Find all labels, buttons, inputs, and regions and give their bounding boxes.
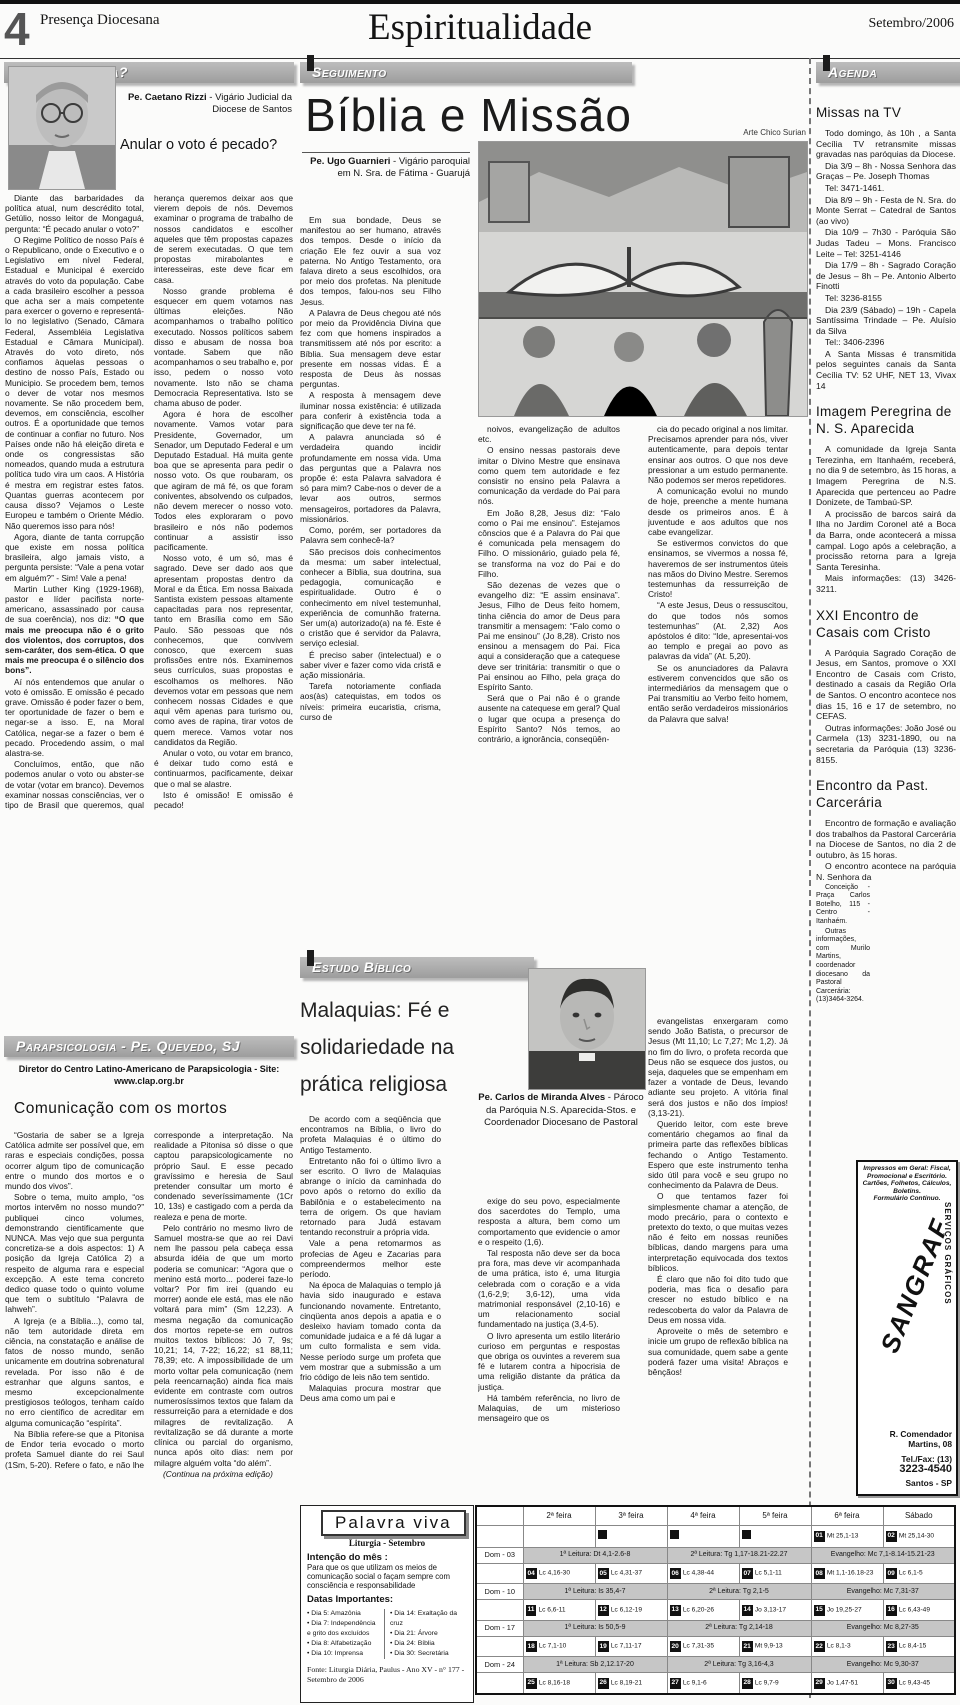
datas-lists: Dia 5: AmazôniaDia 7: Independência e gr… — [307, 1609, 467, 1659]
agenda-item-title: Missas na TV — [816, 104, 956, 121]
day-reading-cell: 20Lc 7,31-35 — [667, 1636, 739, 1656]
paragraph: Martin Luther King (1929-1968), pastor e… — [5, 584, 144, 676]
row-label-empty — [476, 1526, 523, 1548]
paragraph: Em sua bondade, Deus se manifestou ao se… — [300, 215, 441, 307]
paragraph: A comunicação evolui no mundo de hoje, p… — [648, 486, 788, 537]
day-reading-cell — [523, 1526, 595, 1548]
paragraph: Malaquias procura mostrar que Deus ama c… — [300, 1383, 441, 1403]
paragraph: A Igreja (e a Bíblia...), como tal, não … — [5, 1316, 144, 1428]
palavra-viva-title: Palavra viva — [321, 1510, 466, 1536]
paragraph: Sobre o tema, muito amplo, “os mortos in… — [5, 1192, 144, 1314]
important-date: Dia 21: Árvore — [390, 1629, 463, 1639]
paragraph: Outras informações: João José ou Carmela… — [816, 723, 956, 765]
intencao-label: Intenção do mês : — [307, 1552, 467, 1563]
important-date: Dia 8: Alfabetização — [307, 1639, 380, 1649]
row-label-empty — [476, 1673, 523, 1694]
datas-col1: Dia 5: AmazôniaDia 7: Independência e gr… — [307, 1609, 384, 1659]
banner-estudo-biblico: Estudo Bíblico — [300, 957, 534, 978]
paragraph: A Santa Missas é transmitida pelos segui… — [816, 349, 956, 391]
biblia-missao-artwork — [478, 141, 808, 417]
day-number-badge: 04 — [526, 1568, 537, 1579]
parapsicologia-subtitle: Diretor do Centro Latino-Americano de Pa… — [5, 1063, 293, 1091]
sunday-label: Dom - 17 — [476, 1620, 523, 1636]
sunday-reading: 1ª Leitura: Is 35,4-7 — [523, 1584, 667, 1600]
portrait-illustration — [529, 969, 645, 1089]
malaquias-col1: De acordo com a seqüência que encontramo… — [300, 1114, 441, 1496]
paragraph: Se estivermos convictos do que ensinamos… — [648, 538, 788, 599]
row-label-empty — [476, 1636, 523, 1656]
duvida-question: Anular o voto é pecado? — [120, 132, 280, 202]
author-name: Pe. Carlos de Miranda Alves — [478, 1092, 605, 1103]
day-reading-cell: 11Lc 6,6-11 — [523, 1600, 595, 1620]
artwork-illustration — [479, 142, 807, 416]
agenda-item-title: XXI Encontro de Casais com Cristo — [816, 607, 956, 641]
day-number-badge: 11 — [526, 1605, 537, 1616]
paragraph: Aí nós entendemos que anular o voto é om… — [5, 677, 144, 759]
weekday-header: 5ª feira — [739, 1506, 811, 1526]
important-date: Dia 5: Amazônia — [307, 1609, 380, 1619]
day-number-badge: 06 — [670, 1568, 681, 1579]
art-credit: Arte Chico Surian — [646, 128, 806, 140]
paragraph: evangelistas enxergaram como sendo João … — [648, 1016, 788, 1118]
paragraph: A comunidade da Igreja Santa Terezinha, … — [816, 444, 956, 508]
empty-day-marker — [742, 1530, 751, 1539]
column-separator — [809, 58, 811, 1698]
sunday-reading: 1ª Leitura: Dt 4,1-2.6-8 — [523, 1547, 667, 1563]
paragraph: Tel: 3471-1461. — [816, 183, 956, 194]
ad-service-line: Impressos em Geral: Fiscal, Promocional … — [860, 1165, 954, 1180]
ad-services-lines: Impressos em Geral: Fiscal, Promocional … — [858, 1162, 956, 1206]
paragraph: noivos, evangelização de adultos etc. — [478, 424, 620, 444]
day-reading-cell: 14Jo 3,13-17 — [739, 1600, 811, 1620]
paragraph: É claro que não foi dito tudo que poderi… — [648, 1274, 788, 1325]
day-number-badge: 20 — [670, 1641, 681, 1652]
paragraph: A procissão de barcos sairá da Ilha no J… — [816, 509, 956, 573]
day-number-badge: 26 — [598, 1678, 609, 1689]
day-reading-cell: 04Lc 4,16-30 — [523, 1563, 595, 1583]
sunday-reading: 1ª Leitura: Sb 2,12.17-20 — [523, 1657, 667, 1673]
day-number-badge: 07 — [742, 1568, 753, 1579]
paragraph: A Paróquia Sagrado Coração de Jesus, em … — [816, 648, 956, 722]
important-date: Dia 30: Secretária — [390, 1649, 463, 1659]
paragraph: O Regime Político de nosso País é o Repu… — [5, 235, 144, 531]
paragraph: exige do seu povo, especialmente dos sac… — [478, 1196, 620, 1247]
paragraph: Querido leitor, com este breve comentári… — [648, 1119, 788, 1190]
paragraph: A palavra anunciada só é verdadeira quan… — [300, 432, 441, 524]
day-number-badge: 21 — [742, 1641, 753, 1652]
day-number-badge: 13 — [670, 1605, 681, 1616]
paragraph: Isto é omissão! E omissão é pecado! — [154, 790, 293, 810]
day-reading-cell — [667, 1526, 739, 1548]
sunday-label: Dom - 24 — [476, 1657, 523, 1673]
day-number-badge: 27 — [670, 1678, 681, 1689]
banner-parapsicologia: Parapsicologia - Pe. Quevedo, SJ — [4, 1036, 294, 1057]
day-reading-cell — [739, 1526, 811, 1548]
day-number-badge: 28 — [742, 1678, 753, 1689]
sunday-reading: 1ª Leitura: Is 50,5-9 — [523, 1620, 667, 1636]
paragraph: Dia 17/9 – 8h - Sagrado Coração de Jesus… — [816, 260, 956, 292]
newspaper-page: 4 Presença Diocesana Espiritualidade Set… — [0, 0, 960, 1705]
sunday-reading: 2ª Leitura: Tg 3,16-4,3 — [667, 1657, 811, 1673]
banner-label: Seguimento — [312, 64, 387, 80]
weekday-header: 3ª feira — [595, 1506, 667, 1526]
day-reading-cell: 28Lc 9,7-9 — [739, 1673, 811, 1694]
fonte-note: Fonte: Liturgia Diária, Paulus - Ano XV … — [307, 1665, 467, 1685]
author-role: - Vigário Judicial da Diocese de Santos — [207, 92, 292, 115]
paragraph: Agora, diante de tanta corrupção que exi… — [5, 532, 144, 583]
paragraph: Como, porém, ser portadores da Palavra s… — [300, 525, 441, 545]
paragraph: Dia 3/9 – 8h - Nossa Senhora das Graças … — [816, 161, 956, 182]
paragraph: Agora é hora de escolher novamente. Vamo… — [154, 409, 293, 552]
priest-photo-carlos — [528, 968, 646, 1090]
important-date: Dia 10: Imprensa — [307, 1649, 380, 1659]
paragraph: Será que o Pai não é o grande ausente na… — [478, 693, 620, 744]
empty-day-marker — [670, 1530, 679, 1539]
portrait-illustration — [9, 67, 115, 189]
malaquias-col3: evangelistas enxergaram como sendo João … — [648, 1016, 788, 1496]
sunday-label: Dom - 03 — [476, 1547, 523, 1563]
page-header: 4 Presença Diocesana Espiritualidade Set… — [0, 0, 960, 59]
ad-address: R. Comendador Martins, 08 Tel./Fax: (13)… — [858, 1429, 956, 1489]
weekday-header: 4ª feira — [667, 1506, 739, 1526]
paragraph: Tel:: 3406-2396 — [816, 337, 956, 348]
day-reading-cell: 13Lc 6,20-26 — [667, 1600, 739, 1620]
sunday-reading: 2ª Leitura: Tg 2,14-18 — [667, 1620, 811, 1636]
agenda-narrow-text: Conceição - Praça Carlos Botelho, 115 - … — [816, 884, 870, 1005]
paragraph: Outras informações, com Murilo Martins, … — [816, 928, 870, 1005]
day-reading-cell: 21Mt 9,9-13 — [739, 1636, 811, 1656]
ad-service-line: Cartões, Folhetos, Cálculos, Boletins. — [860, 1180, 954, 1195]
paragraph: Encontro de formação e avaliação dos tra… — [816, 818, 956, 860]
biblia-missao-col1: Em sua bondade, Deus se manifestou ao se… — [300, 215, 441, 1015]
banner-seguimento: Seguimento — [300, 62, 632, 83]
weekday-header — [476, 1506, 523, 1526]
paragraph: De acordo com a seqüência que encontramo… — [300, 1114, 441, 1155]
ad-address-line: R. Comendador — [858, 1429, 952, 1440]
banner-agenda: Agenda — [816, 62, 960, 83]
paragraph: Diante das barbaridades da política atua… — [5, 193, 144, 234]
day-number-badge: 25 — [526, 1678, 537, 1689]
banner-notch-icon — [307, 950, 314, 966]
paragraph: Na época de Malaquias o templo já havia … — [300, 1280, 441, 1382]
day-number-badge: 18 — [526, 1641, 537, 1652]
paragraph: Mais informações: (13) 3426-3211. — [816, 573, 956, 594]
paragraph: Nosso voto, é um só, mas é sagrado. Deve… — [154, 553, 293, 747]
agenda-item-title: Imagem Peregrina de N. S. Aparecida — [816, 403, 956, 437]
paragraph: “Gostaria de saber se a Igreja Católica … — [5, 1130, 144, 1191]
datas-label: Datas Importantes: — [307, 1594, 467, 1605]
day-reading-cell: 27Lc 9,1-6 — [667, 1673, 739, 1694]
banner-label: Agenda — [828, 64, 877, 80]
paragraph: “A este Jesus, Deus o ressuscitou, do qu… — [648, 600, 788, 661]
sunday-reading: 2ª Leitura: Tg 1,17-18.21-22.27 — [667, 1547, 811, 1563]
paragraph: Dia 8/9 – 9h - Festa de N. Sra. do Monte… — [816, 195, 956, 227]
sunday-label: Dom - 10 — [476, 1584, 523, 1600]
paragraph: Em João 8,28, Jesus diz: “Falo como o Pa… — [478, 508, 620, 579]
row-label-empty — [476, 1563, 523, 1583]
paragraph: Tarefa notoriamente confiada aos(às) cat… — [300, 681, 441, 722]
parapsicologia-article-body: “Gostaria de saber se a Igreja Católica … — [5, 1130, 293, 1702]
malaquias-byline: Pe. Carlos de Miranda Alves - Pároco da … — [476, 1092, 646, 1148]
paragraph: Entretanto não foi o último livro a ser … — [300, 1156, 441, 1238]
agenda-item-title: Encontro da Past. Carcerária — [816, 777, 956, 811]
sangraf-ad: Impressos em Geral: Fiscal, Promocional … — [856, 1160, 958, 1496]
important-date: Dia 14: Exaltação da cruz — [390, 1609, 463, 1629]
paragraph: A resposta à mensagem deve iluminar noss… — [300, 390, 441, 431]
paragraph: Anular o voto, ou votar em branco, é dei… — [154, 748, 293, 789]
paragraph: O livro apresenta um estilo literário cu… — [478, 1331, 620, 1392]
duvida-article-body: Diante das barbaridades da política atua… — [5, 193, 293, 1027]
day-reading-cell: 07Lc 5,1-11 — [739, 1563, 811, 1583]
malaquias-col2: exige do seu povo, especialmente dos sac… — [478, 1196, 620, 1496]
day-reading-cell: 05Lc 4,31-37 — [595, 1563, 667, 1583]
ad-city: Santos - SP — [858, 1478, 952, 1489]
paragraph: Dia 23/9 (Sábado) – 19h - Capela Santíss… — [816, 305, 956, 337]
day-reading-cell: 06Lc 4,38-44 — [667, 1563, 739, 1583]
author-name: Pe. Caetano Rizzi — [128, 92, 207, 103]
biblia-missao-col2: noivos, evangelização de adultos etc.O e… — [478, 424, 620, 922]
important-date: Dia 7: Independência e grito dos excluíd… — [307, 1619, 380, 1639]
day-reading-cell: 26Lc 8,19-21 — [595, 1673, 667, 1694]
day-reading-cell: 19Lc 7,11-17 — [595, 1636, 667, 1656]
biblia-missao-byline: Pe. Ugo Guarnieri - Vigário paroquial em… — [302, 152, 470, 198]
day-number-badge: 14 — [742, 1605, 753, 1616]
row-label-empty — [476, 1600, 523, 1620]
paragraph: Se os anunciadores da Palavra estiverem … — [648, 663, 788, 724]
palavra-viva-box: Palavra viva Liturgia - Setembro Intençã… — [300, 1505, 474, 1703]
paragraph: Tal resposta não deve ser da boca pra fo… — [478, 1248, 620, 1330]
sunday-reading: 2ª Leitura: Tg 2,1-5 — [667, 1584, 811, 1600]
weekday-header: 2ª feira — [523, 1506, 595, 1526]
author-name: Pe. Ugo Guarnieri — [310, 156, 390, 167]
banner-notch-icon — [823, 55, 830, 71]
palavra-viva-subtitle: Liturgia - Setembro — [307, 1538, 467, 1548]
paragraph: Tel: 3236-8155 — [816, 293, 956, 304]
paragraph: É preciso saber (intelectual) e o saber … — [300, 650, 441, 681]
empty-day-marker — [598, 1530, 607, 1539]
intencao-text: Para que os que utilizam os meios de com… — [307, 1563, 467, 1591]
banner-label: Estudo Bíblico — [312, 959, 411, 975]
malaquias-title: Malaquias: Fé e solidariedade na prática… — [300, 992, 475, 1108]
day-reading-cell — [595, 1526, 667, 1548]
paragraph: Nosso grande problema é esquecer em quem… — [154, 286, 293, 408]
edition-date: Setembro/2006 — [868, 16, 954, 32]
paragraph: O ensino nessas pastorais deve imitar o … — [478, 445, 620, 506]
paragraph: Dia 10/9 – 7h30 - Paróquia São Judas Tad… — [816, 227, 956, 259]
banner-notch-icon — [307, 55, 314, 71]
paragraph: cia do pecado original a nos limitar. Pr… — [648, 424, 788, 485]
paragraph: Há também referência, no livro de Malaqu… — [478, 1393, 620, 1424]
paragraph: São dezenas de vezes que o evangelho diz… — [478, 580, 620, 692]
paragraph: Pelo contrário no mesmo livro de Samuel … — [154, 1223, 293, 1468]
banner-label: Parapsicologia - Pe. Quevedo, SJ — [16, 1038, 240, 1054]
ad-phone-number: 3223-4540 — [858, 1464, 952, 1475]
paragraph: Conceição - Praça Carlos Botelho, 115 - … — [816, 884, 870, 927]
paragraph: Vale a pena retomarmos as profecias de A… — [300, 1238, 441, 1279]
paragraph: São precisos dois conhecimentos da mesma… — [300, 547, 441, 649]
paragraph: Aproveite o mês de setembro e inicie um … — [648, 1326, 788, 1377]
day-reading-cell: 25Lc 8,16-18 — [523, 1673, 595, 1694]
ad-address-line: Martins, 08 — [858, 1439, 952, 1450]
day-number-badge: 12 — [598, 1605, 609, 1616]
paragraph: (Continua na próxima edição) — [154, 1469, 293, 1479]
day-reading-cell: 12Lc 6,12-19 — [595, 1600, 667, 1620]
parapsicologia-title: Comunicação com os mortos — [14, 1100, 292, 1122]
day-number-badge: 19 — [598, 1641, 609, 1652]
ad-service-line: Formulário Contínuo. — [860, 1195, 954, 1203]
datas-col2: Dia 14: Exaltação da cruzDia 21: ÁrvoreD… — [384, 1609, 467, 1659]
paragraph: A Palavra de Deus chegou até nós por mei… — [300, 308, 441, 390]
priest-photo-caetano — [8, 66, 116, 190]
duvida-byline: Pe. Caetano Rizzi - Vigário Judicial da … — [120, 92, 292, 122]
paragraph: Todo domingo, às 10h , a Santa Cecília T… — [816, 128, 956, 160]
important-date: Dia 24: Bíblia — [390, 1639, 463, 1649]
paragraph: O que tentamos fazer foi simplesmente ch… — [648, 1191, 788, 1273]
ad-tagline: SERVIÇOS GRÁFICOS — [943, 1202, 952, 1305]
day-number-badge: 05 — [598, 1568, 609, 1579]
paragraph: O encontro acontece na paróquia N. Senho… — [816, 861, 956, 882]
day-reading-cell: 18Lc 7,1-10 — [523, 1636, 595, 1656]
section-title: Espiritualidade — [0, 8, 960, 48]
biblia-missao-col3: cia do pecado original a nos limitar. Pr… — [648, 424, 788, 918]
